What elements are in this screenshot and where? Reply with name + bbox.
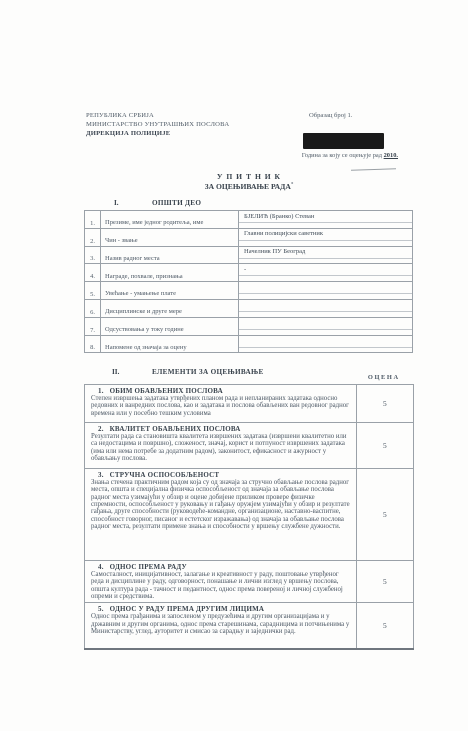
general-info-row: 6.Дисциплинске и друге мере — [85, 299, 413, 317]
row-label: Назив радног места — [101, 246, 239, 264]
element-heading: 5.ОДНОС У РАДУ ПРЕМА ДРУГИМ ЛИЦИМА — [85, 603, 356, 613]
row-value: БЈЕЛИЋ (Бранко) Стеван — [239, 211, 413, 229]
row-number: 6. — [85, 299, 101, 317]
row-label: Одсуствовања у току године — [101, 317, 239, 335]
element-score: 5 — [356, 561, 413, 603]
writing-line — [239, 222, 412, 223]
organization-header: РЕПУБЛИКА СРБИЈА МИНИСТАРСТВО УНУТРАШЊИХ… — [86, 111, 229, 138]
row-label: Дисциплинске и друге мере — [101, 299, 239, 317]
element-heading: 2.КВАЛИТЕТ ОБАВЉЕНИХ ПОСЛОВА — [85, 423, 356, 433]
document-title-line1: У П И Т Н И К — [84, 172, 414, 181]
org-line-republic: РЕПУБЛИКА СРБИЈА — [86, 111, 229, 120]
evaluation-element-row: 3.СТРУЧНА ОСПОСОБЉЕНОСТЗнања стечена пра… — [85, 469, 414, 561]
row-value — [239, 335, 413, 353]
element-heading-text: СТРУЧНА ОСПОСОБЉЕНОСТ — [110, 471, 220, 479]
element-cell: 2.КВАЛИТЕТ ОБАВЉЕНИХ ПОСЛОВАРезултати ра… — [85, 423, 357, 469]
row-value: Начелник ПУ Београд — [239, 246, 413, 264]
handwritten-underline-mark — [351, 168, 396, 171]
element-heading: 4.ОДНОС ПРЕМА РАДУ — [85, 561, 356, 571]
element-description: Самосталност, иницијативност, залагање и… — [85, 571, 356, 603]
element-description: Резултати рада са становишта квалитета и… — [85, 433, 356, 465]
element-score: 5 — [356, 469, 413, 561]
row-number: 1. — [85, 211, 101, 229]
element-heading-text: ОБИМ ОБАВЉЕНИХ ПОСЛОВА — [110, 387, 223, 395]
general-info-row: 4.Награде, похвале, признања- — [85, 264, 413, 282]
evaluation-elements-table: 1.ОБИМ ОБАВЉЕНИХ ПОСЛОВАСтепен извршења … — [84, 384, 414, 650]
element-heading: 3.СТРУЧНА ОСПОСОБЉЕНОСТ — [85, 469, 356, 479]
row-label: Награде, похвале, признања — [101, 264, 239, 282]
evaluation-element-row: 4.ОДНОС ПРЕМА РАДУСамосталност, иницијат… — [85, 561, 414, 603]
row-label: Напомене од значаја за оцену — [101, 335, 239, 353]
row-value-text: Начелник ПУ Београд — [244, 248, 305, 255]
document-page: РЕПУБЛИКА СРБИЈА МИНИСТАРСТВО УНУТРАШЊИХ… — [0, 0, 468, 731]
writing-line — [239, 311, 412, 312]
row-number: 3. — [85, 246, 101, 264]
footnote-mark: * — [291, 182, 294, 187]
evaluation-element-row: 2.КВАЛИТЕТ ОБАВЉЕНИХ ПОСЛОВАРезултати ра… — [85, 423, 414, 469]
element-number: 3. — [98, 471, 104, 479]
form-number: Образац број 1. — [309, 112, 352, 119]
row-number: 5. — [85, 282, 101, 300]
section2-title: ЕЛЕМЕНТИ ЗА ОЦЕЊИВАЊЕ — [152, 368, 264, 376]
writing-line — [239, 329, 412, 330]
row-value: - — [239, 264, 413, 282]
element-description: Однос према грађанима и запосленом у пре… — [85, 613, 356, 638]
general-info-row: 2.Чин - звањеГлавни полицијски саветник — [85, 228, 413, 246]
row-value — [239, 299, 413, 317]
element-number: 2. — [98, 425, 104, 433]
element-number: 5. — [98, 605, 104, 613]
element-cell: 5.ОДНОС У РАДУ ПРЕМА ДРУГИМ ЛИЦИМАОднос … — [85, 603, 357, 649]
element-score: 5 — [356, 423, 413, 469]
row-number: 2. — [85, 228, 101, 246]
general-info-table: 1.Презиме, име једног родитеља, имеБЈЕЛИ… — [84, 210, 413, 353]
section1-title: ОПШТИ ДЕО — [152, 199, 201, 207]
element-cell: 4.ОДНОС ПРЕМА РАДУСамосталност, иницијат… — [85, 561, 357, 603]
row-label: Презиме, име једног родитеља, име — [101, 211, 239, 229]
row-label: Увећање - умањење плате — [101, 282, 239, 300]
redaction-bar — [303, 133, 384, 149]
row-number: 7. — [85, 317, 101, 335]
writing-line — [239, 347, 412, 348]
section2-numeral: II. — [112, 368, 119, 376]
year-label: Година за коју се оцењује рад — [302, 152, 382, 159]
row-value: Главни полицијски саветник — [239, 228, 413, 246]
element-heading-text: КВАЛИТЕТ ОБАВЉЕНИХ ПОСЛОВА — [110, 425, 241, 433]
general-info-row: 3.Назив радног местаНачелник ПУ Београд — [85, 246, 413, 264]
general-info-row: 5.Увећање - умањење плате — [85, 282, 413, 300]
element-score: 5 — [356, 385, 413, 423]
row-value-text: БЈЕЛИЋ (Бранко) Стеван — [244, 213, 314, 220]
score-column-header: О Ц Е Н А — [352, 374, 414, 381]
row-number: 8. — [85, 335, 101, 353]
year-value: 2010. — [384, 152, 398, 159]
document-title-line2: ЗА ОЦЕЊИВАЊЕ РАДА* — [84, 182, 414, 191]
element-heading: 1.ОБИМ ОБАВЉЕНИХ ПОСЛОВА — [85, 385, 356, 395]
org-line-directorate: ДИРЕКЦИЈА ПОЛИЦИЈЕ — [86, 129, 229, 138]
evaluation-element-row: 5.ОДНОС У РАДУ ПРЕМА ДРУГИМ ЛИЦИМАОднос … — [85, 603, 414, 649]
element-number: 1. — [98, 387, 104, 395]
general-info-row: 1.Презиме, име једног родитеља, имеБЈЕЛИ… — [85, 211, 413, 229]
evaluation-element-row: 1.ОБИМ ОБАВЉЕНИХ ПОСЛОВАСтепен извршења … — [85, 385, 414, 423]
row-value — [239, 282, 413, 300]
row-value-text: - — [244, 266, 246, 273]
section1-numeral: I. — [114, 199, 119, 207]
element-number: 4. — [98, 563, 104, 571]
row-number: 4. — [85, 264, 101, 282]
element-score: 5 — [356, 603, 413, 649]
writing-line — [239, 258, 412, 259]
row-value-text: Главни полицијски саветник — [244, 230, 323, 237]
row-label: Чин - звање — [101, 228, 239, 246]
element-heading-text: ОДНОС ПРЕМА РАДУ — [110, 563, 187, 571]
writing-line — [239, 293, 412, 294]
general-info-row: 7.Одсуствовања у току године — [85, 317, 413, 335]
element-cell: 1.ОБИМ ОБАВЉЕНИХ ПОСЛОВАСтепен извршења … — [85, 385, 357, 423]
general-info-row: 8.Напомене од значаја за оцену — [85, 335, 413, 353]
element-heading-text: ОДНОС У РАДУ ПРЕМА ДРУГИМ ЛИЦИМА — [110, 605, 265, 613]
writing-line — [239, 275, 412, 276]
row-value — [239, 317, 413, 335]
element-description: Степен извршења задатака утврђених плано… — [85, 395, 356, 420]
element-cell: 3.СТРУЧНА ОСПОСОБЉЕНОСТЗнања стечена пра… — [85, 469, 357, 561]
evaluation-year-line: Година за коју се оцењује рад 2010. — [302, 152, 398, 159]
writing-line — [239, 240, 412, 241]
element-description: Знања стечена практичним радом која су о… — [85, 479, 356, 533]
org-line-ministry: МИНИСТАРСТВО УНУТРАШЊИХ ПОСЛОВА — [86, 120, 229, 129]
